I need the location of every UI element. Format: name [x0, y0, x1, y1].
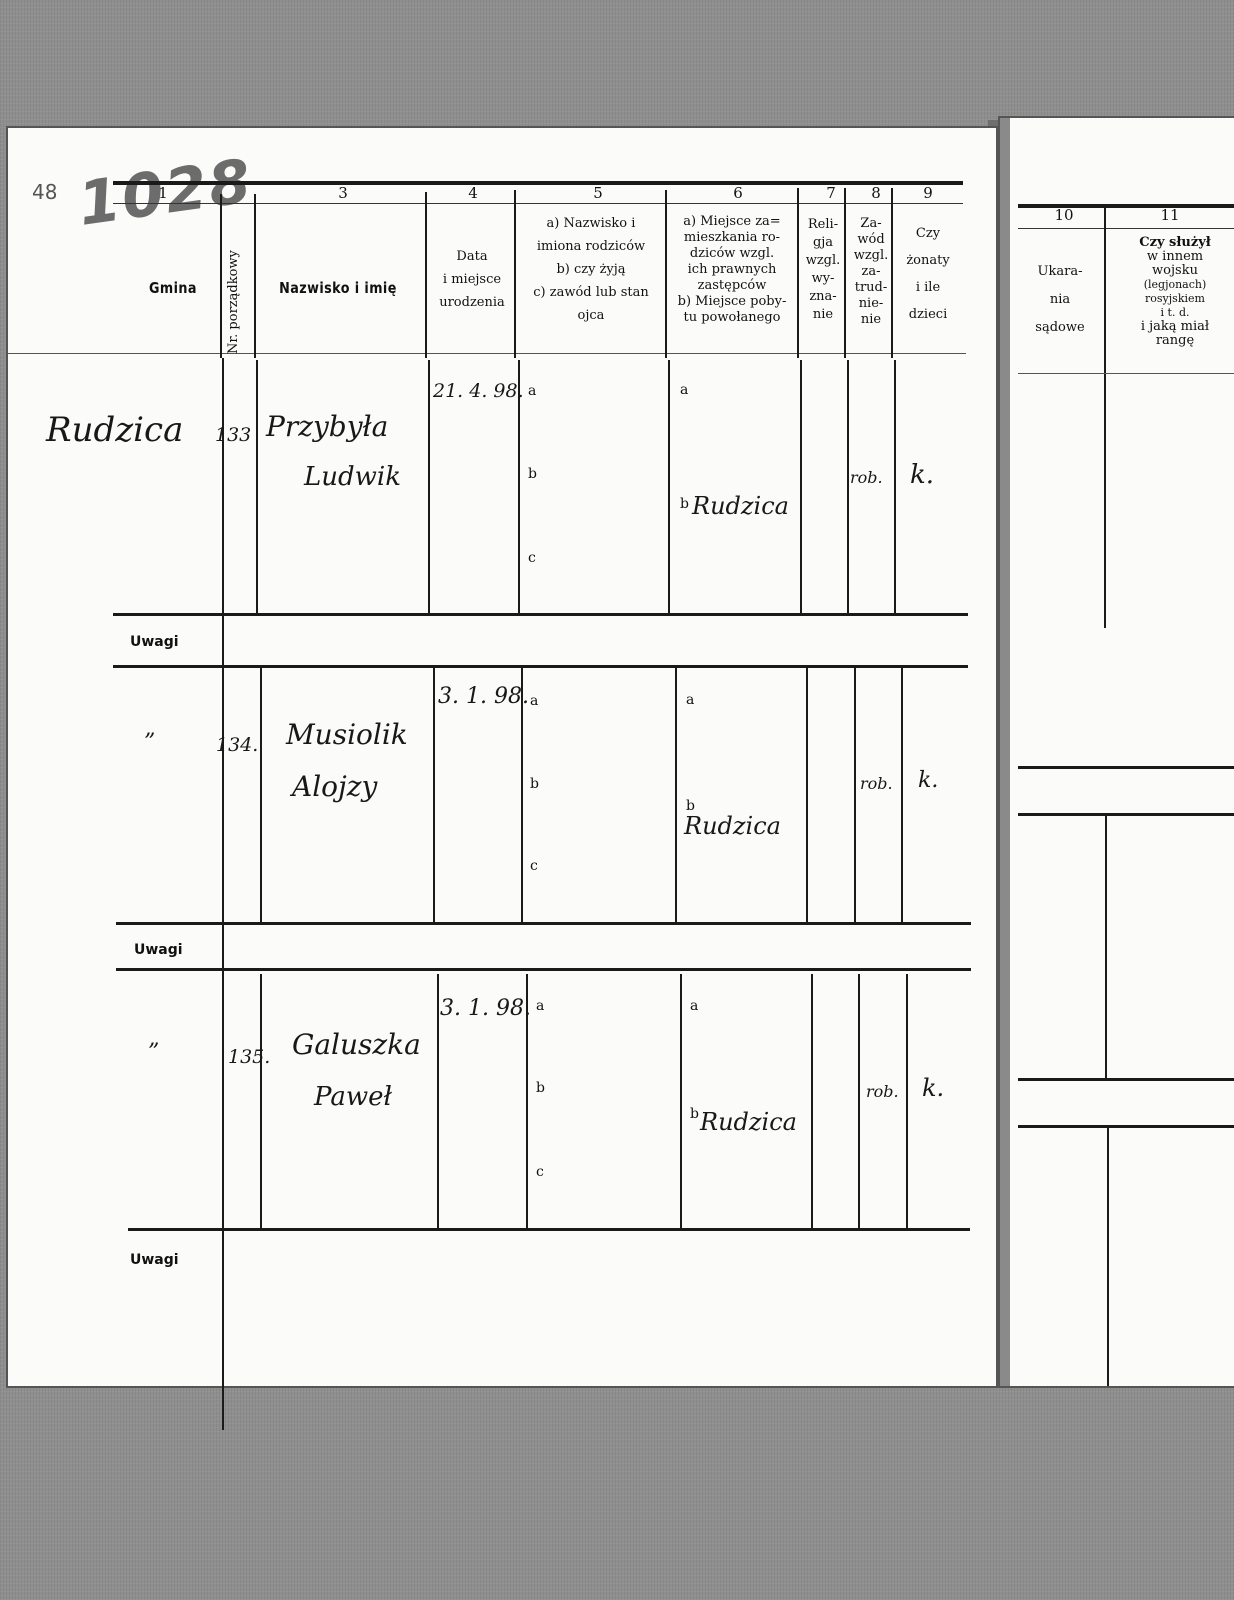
uwagi-label: Uwagi — [130, 1252, 179, 1268]
header-line: trud- — [848, 280, 894, 296]
register-page-left: 48 1028 1 3 4 5 6 7 8 9 Gmina Nr. porząd… — [8, 128, 996, 1386]
residence-value: Rudzica — [692, 492, 789, 520]
occupation-value: rob. — [866, 1082, 899, 1101]
sub-label-b: b — [528, 466, 537, 482]
nr-value: 133 — [215, 424, 251, 446]
header-line: zna- — [800, 288, 846, 306]
col-parents-header: a) Nazwisko i imiona rodziców b) czy żyj… — [516, 212, 666, 327]
header-line: tu powołanego — [666, 310, 798, 326]
sub-label-b: b — [536, 1080, 545, 1096]
row-separator — [116, 922, 971, 925]
col-occupation-header: Za- wód wzgl. za- trud- nie- nie — [848, 216, 894, 328]
header-line: nie- — [848, 296, 894, 312]
header-line: urodzenia — [428, 294, 516, 311]
col-11-number: 11 — [1150, 206, 1190, 224]
col-convictions-header: Ukara- nia sądowe — [1018, 258, 1102, 342]
header-line: żonaty — [896, 247, 960, 274]
sub-label-c: c — [528, 550, 536, 566]
header-line: rosyjskiem — [1106, 292, 1234, 306]
col-3-number: 3 — [328, 184, 358, 202]
header-line: i ile — [896, 274, 960, 301]
sub-label-a: a — [530, 693, 538, 709]
header-line: Ukara- — [1018, 258, 1102, 286]
row-separator — [1018, 813, 1234, 816]
header-line: wzgl. — [800, 252, 846, 270]
row-separator — [116, 968, 971, 971]
col-divider — [844, 188, 846, 358]
header-number-rule — [113, 203, 963, 204]
uwagi-label: Uwagi — [134, 942, 183, 958]
nr-column-divider — [222, 358, 224, 1430]
header-line: i miejsce — [428, 271, 516, 288]
col-8-number: 8 — [861, 184, 891, 202]
surname-value: Musiolik — [286, 718, 408, 751]
col-divider — [514, 190, 516, 358]
header-line: w innem — [1106, 250, 1234, 264]
sub-label-b: b — [690, 1106, 699, 1122]
col-5-number: 5 — [583, 184, 613, 202]
given-name-value: Paweł — [314, 1082, 392, 1112]
header-line: b) czy żyją — [516, 258, 666, 281]
col-10-number: 10 — [1044, 206, 1084, 224]
header-line: i jaką miał — [1106, 320, 1234, 334]
residence-value: Rudzica — [684, 812, 781, 840]
sub-label-a: a — [528, 383, 536, 399]
col-divider — [1105, 816, 1107, 1078]
header-line: Reli- — [800, 216, 846, 234]
row-separator — [113, 613, 968, 616]
header-line: mieszkania ro- — [666, 230, 798, 246]
header-line: Czy służył — [1106, 236, 1234, 250]
residence-value: Rudzica — [700, 1108, 797, 1136]
sub-label-a: a — [536, 998, 544, 1014]
header-number-rule — [1018, 228, 1234, 229]
given-name-value: Alojzy — [292, 770, 377, 803]
header-line: a) Miejsce za= — [666, 214, 798, 230]
col-divider — [1107, 1128, 1109, 1386]
header-line: gja — [800, 234, 846, 252]
col-divider — [797, 188, 799, 358]
surname-value: Przybyła — [266, 410, 388, 443]
uwagi-label: Uwagi — [130, 634, 179, 650]
header-line: za- — [848, 264, 894, 280]
col-1-number: 1 — [148, 184, 178, 202]
header-line: i t. d. — [1106, 306, 1234, 320]
header-line: rangę — [1106, 334, 1234, 348]
sub-label-b: b — [680, 496, 689, 512]
sub-label-a: a — [686, 692, 694, 708]
col-6-number: 6 — [723, 184, 753, 202]
row-separator — [1018, 766, 1234, 769]
header-line: ich prawnych — [666, 262, 798, 278]
gmina-value: Rudzica — [46, 410, 183, 450]
surname-value: Galuszka — [292, 1028, 421, 1061]
row-separator — [1018, 1125, 1234, 1128]
header-line: a) Nazwisko i — [516, 212, 666, 235]
sub-label-c: c — [536, 1164, 544, 1180]
header-line: wód — [848, 232, 894, 248]
header-line: wojsku — [1106, 264, 1234, 278]
col-birth-header: Data i miejsce urodzenia — [428, 248, 516, 311]
col-religion-header: Reli- gja wzgl. wy- zna- nie — [800, 216, 846, 324]
sub-label-a: a — [680, 382, 688, 398]
header-line: nia — [1018, 286, 1102, 314]
header-line: nie — [848, 312, 894, 328]
sub-label-c: c — [530, 858, 538, 874]
header-line: wy- — [800, 270, 846, 288]
col-divider — [665, 190, 667, 358]
col-gmina-header: Gmina — [126, 280, 220, 297]
birth-date-value: 3. 1. 98. — [438, 684, 529, 709]
marital-value: k. — [918, 768, 938, 793]
col-residence-header: a) Miejsce za= mieszkania ro- dziców wzg… — [666, 214, 798, 326]
col-divider — [891, 188, 893, 358]
header-line: nie — [800, 306, 846, 324]
birth-date-value: 21. 4. 98. — [433, 380, 524, 402]
header-line: imiona rodziców — [516, 235, 666, 258]
col-divider — [220, 194, 222, 358]
col-7-number: 7 — [816, 184, 846, 202]
row-separator — [113, 665, 968, 668]
col-9-number: 9 — [913, 184, 943, 202]
col-4-number: 4 — [458, 184, 488, 202]
header-line: c) zawód lub stan — [516, 281, 666, 304]
gmina-ditto: ” — [148, 1040, 159, 1065]
col-marital-header: Czy żonaty i ile dzieci — [896, 220, 960, 328]
header-line: dziców wzgl. — [666, 246, 798, 262]
header-line: Data — [428, 248, 516, 265]
header-line: sądowe — [1018, 314, 1102, 342]
header-line: dzieci — [896, 301, 960, 328]
header-line: Czy — [896, 220, 960, 247]
sub-label-a: a — [690, 998, 698, 1014]
birth-date-value: 3. 1. 98. — [440, 996, 531, 1021]
register-page-right: 10 11 Ukara- nia sądowe Czy służył w inn… — [1000, 118, 1234, 1386]
header-line: ojca — [516, 304, 666, 327]
header-bottom-rule — [1018, 373, 1234, 374]
sub-label-b: b — [530, 776, 539, 792]
header-bottom-rule — [8, 353, 966, 354]
header-line: b) Miejsce poby- — [666, 294, 798, 310]
given-name-value: Ludwik — [304, 462, 401, 492]
marital-value: k. — [910, 460, 934, 490]
occupation-value: rob. — [850, 468, 883, 487]
page-number: 48 — [32, 180, 57, 204]
header-line: wzgl. — [848, 248, 894, 264]
col-divider — [425, 192, 427, 358]
col-nr-header: Nr. porządkowy — [226, 250, 241, 354]
header-line: zastępców — [666, 278, 798, 294]
header-line: (legjonach) — [1106, 278, 1234, 292]
gmina-ditto: ” — [144, 730, 155, 755]
header-line: Za- — [848, 216, 894, 232]
col-divider — [254, 194, 256, 358]
row-separator — [128, 1228, 970, 1231]
nr-value: 135. — [228, 1046, 270, 1068]
col-name-header: Nazwisko i imię — [262, 280, 415, 297]
occupation-value: rob. — [860, 774, 893, 793]
nr-value: 134. — [216, 734, 258, 756]
col-military-service-header: Czy służył w innem wojsku (legjonach) ro… — [1106, 236, 1234, 348]
marital-value: k. — [922, 1074, 944, 1102]
row-separator — [1018, 1078, 1234, 1081]
